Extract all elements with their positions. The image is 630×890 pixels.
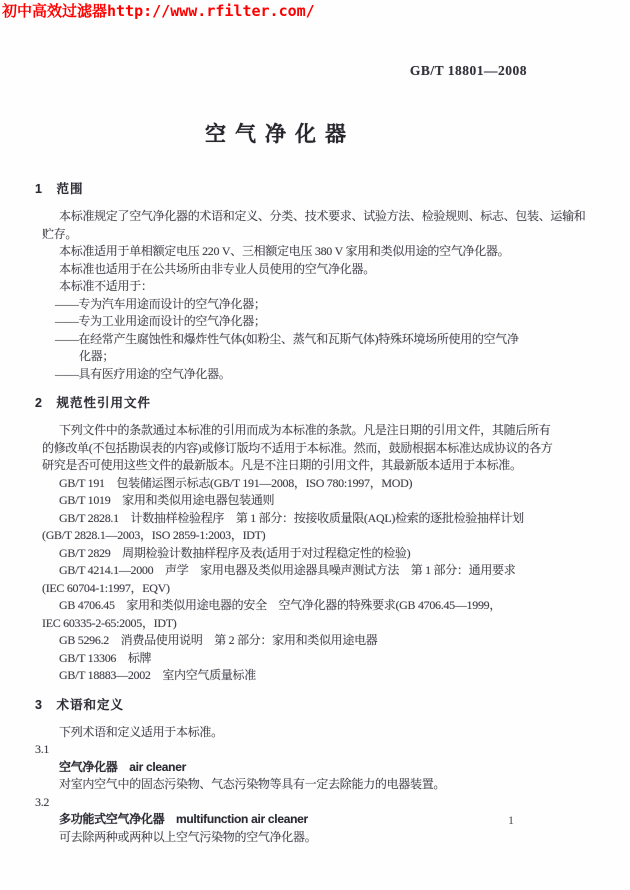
clause-number: 3.1 xyxy=(35,741,602,759)
section-heading: 3 术语和定义 xyxy=(35,696,602,715)
clause-number: 3.2 xyxy=(35,794,602,812)
term-definition-title: 多功能式空气净化器 multifunction air cleaner xyxy=(42,811,602,829)
paragraph-line: 对室内空气中的固态污染物、气态污染物等具有一定去除能力的电器装置。 xyxy=(42,776,602,794)
paragraph-line: 的修改单(不包括勘误表的内容)或修订版均不适用于本标准。然而，鼓励根据本标准达成… xyxy=(42,440,602,458)
reference-item-continuation: IEC 60335-2-65:2005，IDT) xyxy=(42,615,602,633)
reference-item: GB/T 4214.1—2000 声学 家用电器及类似用途器具噪声测试方法 第 … xyxy=(42,562,602,580)
reference-item: GB/T 2829 周期检验计数抽样程序及表(适用于对过程稳定性的检验) xyxy=(42,545,602,563)
term-definition-title: 空气净化器 air cleaner xyxy=(42,759,602,777)
reference-item-continuation: (IEC 60704-1:1997，EQV) xyxy=(42,580,602,598)
document-body: 1 范围 本标准规定了空气净化器的术语和定义、分类、技术要求、试验方法、检验规则… xyxy=(42,180,602,846)
paragraph-line: 本标准也适用于在公共场所由非专业人员使用的空气净化器。 xyxy=(42,261,602,279)
paragraph-line: 下列文件中的条款通过本标准的引用而成为本标准的条款。凡是注日期的引用文件，其随后… xyxy=(42,422,602,440)
reference-item: GB/T 18883—2002 室内空气质量标准 xyxy=(42,667,602,685)
list-item: ——在经常产生腐蚀性和爆炸性气体(如粉尘、蒸气和瓦斯气体)特殊环境场所使用的空气… xyxy=(55,331,602,349)
reference-item: GB/T 2828.1 计数抽样检验程序 第 1 部分：按接收质量限(AQL)检… xyxy=(42,510,602,528)
scanned-document-page: 初中高效过滤器http://www.rfilter.com/ GB/T 1880… xyxy=(0,0,630,890)
reference-item: GB 4706.45 家用和类似用途电器的安全 空气净化器的特殊要求(GB 47… xyxy=(42,597,602,615)
list-item: ——具有医疗用途的空气净化器。 xyxy=(55,366,602,384)
paragraph-line: 可去除两种或两种以上空气污染物的空气净化器。 xyxy=(42,829,602,847)
reference-item: GB 5296.2 消费品使用说明 第 2 部分：家用和类似用途电器 xyxy=(42,632,602,650)
document-title: 空气净化器 xyxy=(0,118,560,148)
watermark-text: 初中高效过滤器http://www.rfilter.com/ xyxy=(2,3,315,19)
paragraph-line: 本标准不适用于： xyxy=(42,278,602,296)
reference-item: GB/T 13306 标牌 xyxy=(42,650,602,668)
section-heading: 2 规范性引用文件 xyxy=(35,394,602,413)
paragraph-line: 贮存。 xyxy=(42,226,602,244)
reference-item: GB/T 191 包装储运图示标志(GB/T 191—2008，ISO 780:… xyxy=(42,475,602,493)
paragraph-line: 本标准适用于单相额定电压 220 V、三相额定电压 380 V 家用和类似用途的… xyxy=(42,243,602,261)
reference-item-continuation: (GB/T 2828.1—2003，ISO 2859-1:2003，IDT) xyxy=(42,527,602,545)
reference-item: GB/T 1019 家用和类似用途电器包装通则 xyxy=(42,492,602,510)
standard-number: GB/T 18801—2008 xyxy=(410,63,527,79)
paragraph-line: 下列术语和定义适用于本标准。 xyxy=(42,724,602,742)
list-item: ——专为工业用途而设计的空气净化器； xyxy=(55,313,602,331)
page-number: 1 xyxy=(508,813,514,828)
section-heading: 1 范围 xyxy=(35,180,602,199)
list-item: ——专为汽车用途而设计的空气净化器； xyxy=(55,296,602,314)
paragraph-line: 研究是否可使用这些文件的最新版本。凡是不注日期的引用文件，其最新版本适用于本标准… xyxy=(42,457,602,475)
paragraph-line: 本标准规定了空气净化器的术语和定义、分类、技术要求、试验方法、检验规则、标志、包… xyxy=(42,208,602,226)
list-item-continuation: 化器； xyxy=(79,348,602,366)
